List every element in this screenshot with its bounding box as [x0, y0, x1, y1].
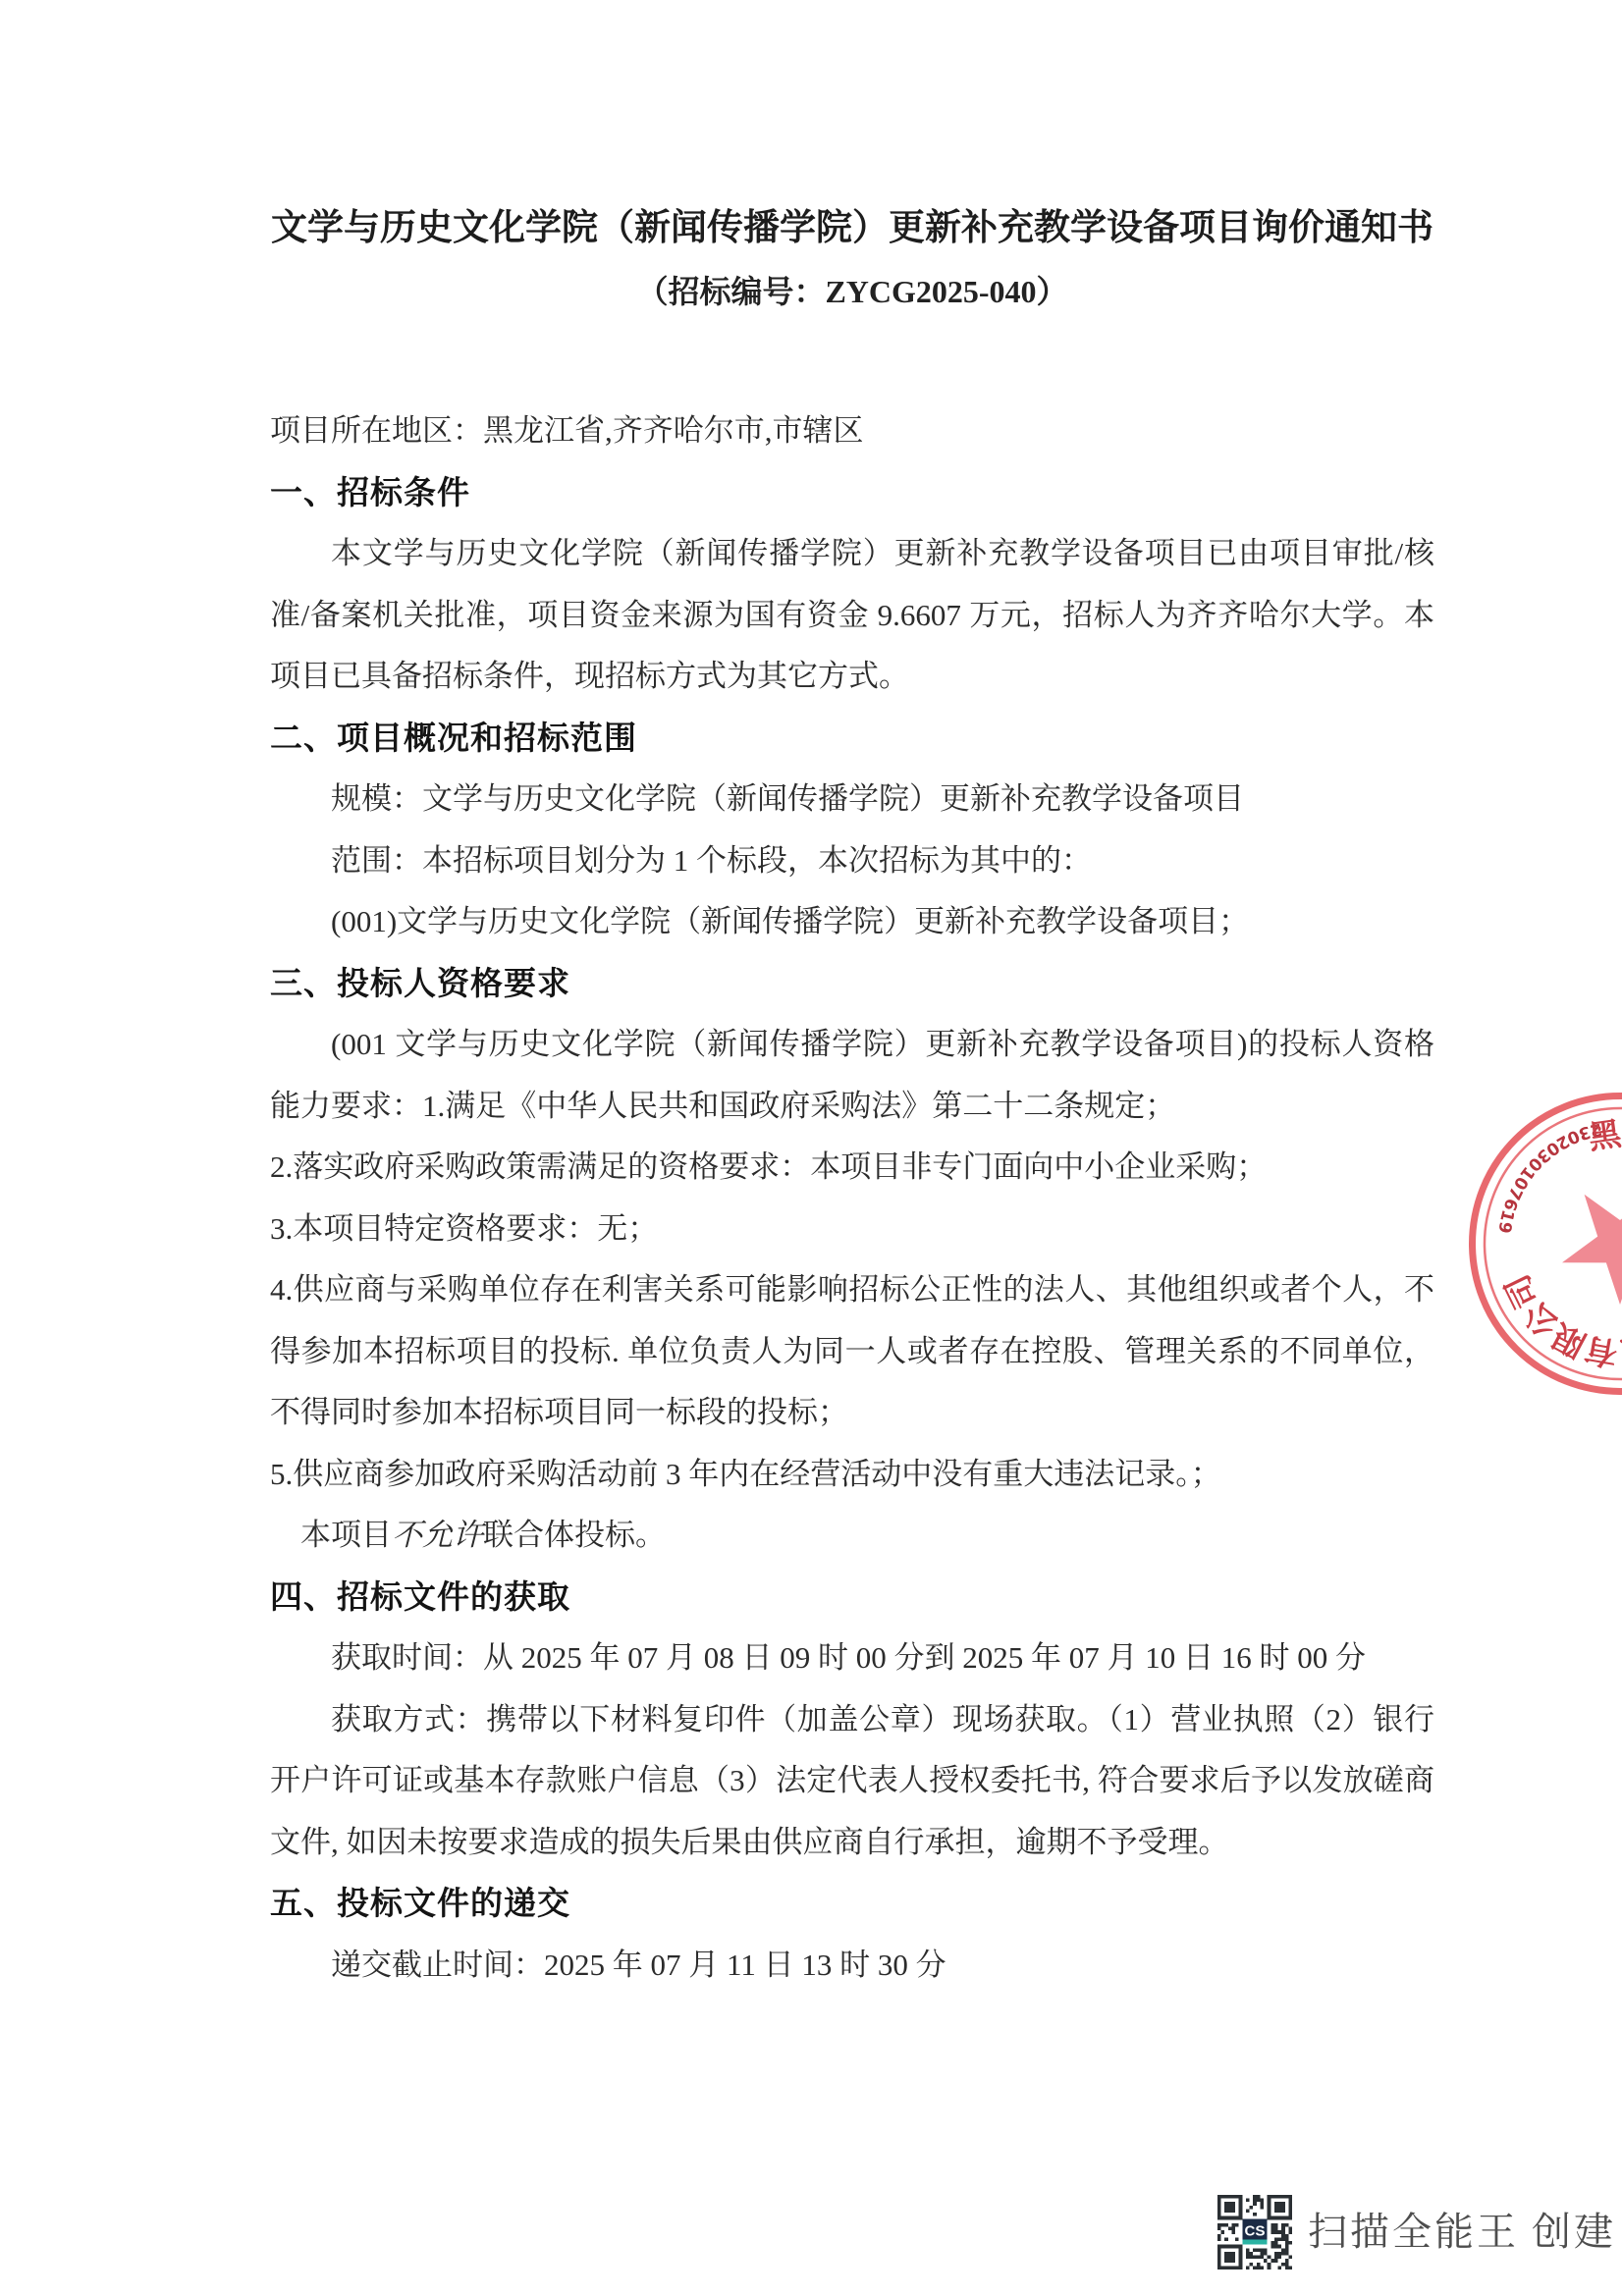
seal-serial-number: 2302030107619 — [1493, 1119, 1603, 1235]
no-consortium-prefix: 本项目 — [300, 1518, 392, 1552]
svg-text:黑: 黑 — [1587, 1116, 1622, 1156]
qualification-item-5: 5.供应商参加政府采购活动前 3 年内在经营活动中没有重大违法记录。； — [270, 1444, 1434, 1506]
lot-001-line: (001)文学与历史文化学院（新闻传播学院）更新补充教学设备项目； — [270, 891, 1434, 953]
scope-line: 范围：本招标项目划分为 1 个标段，本次招标为其中的： — [270, 830, 1434, 892]
qr-logo-text: CS — [1244, 2222, 1265, 2239]
tender-number-subtitle: （招标编号：ZYCG2025-040） — [270, 261, 1434, 322]
qualification-item-4: 4.供应商与采购单位存在利害关系可能影响招标公正性的法人、其他组织或者个人，不得… — [270, 1259, 1434, 1444]
section-5-heading: 五、投标文件的递交 — [270, 1873, 1434, 1935]
obtain-method-paragraph: 获取方式：携带以下材料复印件（加盖公章）现场获取。（1）营业执照（2）银行开户许… — [270, 1689, 1434, 1874]
document-body: 文学与历史文化学院（新闻传播学院）更新补充教学设备项目询价通知书 （招标编号：Z… — [270, 196, 1434, 1996]
qr-cs-logo: CS — [1242, 2219, 1267, 2245]
scanned-document-page: 文学与历史文化学院（新闻传播学院）更新补充教学设备项目询价通知书 （招标编号：Z… — [0, 0, 1622, 2296]
section-2-heading: 二、项目概况和招标范围 — [270, 708, 1434, 770]
official-seal-stamp: 2302030107619 黑贸有限公司 — [1456, 1081, 1622, 1407]
scale-line: 规模：文学与历史文化学院（新闻传播学院）更新补充教学设备项目 — [270, 769, 1434, 830]
document-title: 文学与历史文化学院（新闻传播学院）更新补充教学设备项目询价通知书 — [270, 196, 1434, 261]
project-location-line: 项目所在地区：黑龙江省,齐齐哈尔市,市辖区 — [270, 400, 1434, 462]
document-content: 项目所在地区：黑龙江省,齐齐哈尔市,市辖区 一、招标条件 本文学与历史文化学院（… — [270, 400, 1434, 1996]
submission-deadline-line: 递交截止时间：2025 年 07 月 11 日 13 时 30 分 — [270, 1935, 1434, 1997]
qualification-item-2: 2.落实政府采购政策需满足的资格要求：本项目非专门面向中小企业采购； — [270, 1137, 1434, 1199]
obtain-time-line: 获取时间：从 2025 年 07 月 08 日 09 时 00 分到 2025 … — [270, 1628, 1434, 1689]
no-consortium-italic: 不允许 — [392, 1518, 483, 1552]
no-consortium-line: 本项目不允许联合体投标。 — [270, 1505, 1434, 1567]
section-3-heading: 三、投标人资格要求 — [270, 953, 1434, 1015]
qualification-intro: (001 文学与历史文化学院（新闻传播学院）更新补充教学设备项目)的投标人资格能… — [270, 1014, 1434, 1137]
qualification-item-3: 3.本项目特定资格要求：无； — [270, 1199, 1434, 1260]
qr-code: CS — [1217, 2195, 1292, 2269]
section-4-heading: 四、招标文件的获取 — [270, 1567, 1434, 1629]
section-1-heading: 一、招标条件 — [270, 462, 1434, 524]
svg-text:9: 9 — [1493, 1220, 1514, 1235]
camscanner-watermark: 扫描全能王 创建 — [1308, 2206, 1616, 2259]
section-1-paragraph: 本文学与历史文化学院（新闻传播学院）更新补充教学设备项目已由项目审批/核准/备案… — [270, 523, 1434, 708]
seal-star-icon — [1562, 1195, 1622, 1305]
no-consortium-suffix: 联合体投标。 — [483, 1518, 666, 1552]
